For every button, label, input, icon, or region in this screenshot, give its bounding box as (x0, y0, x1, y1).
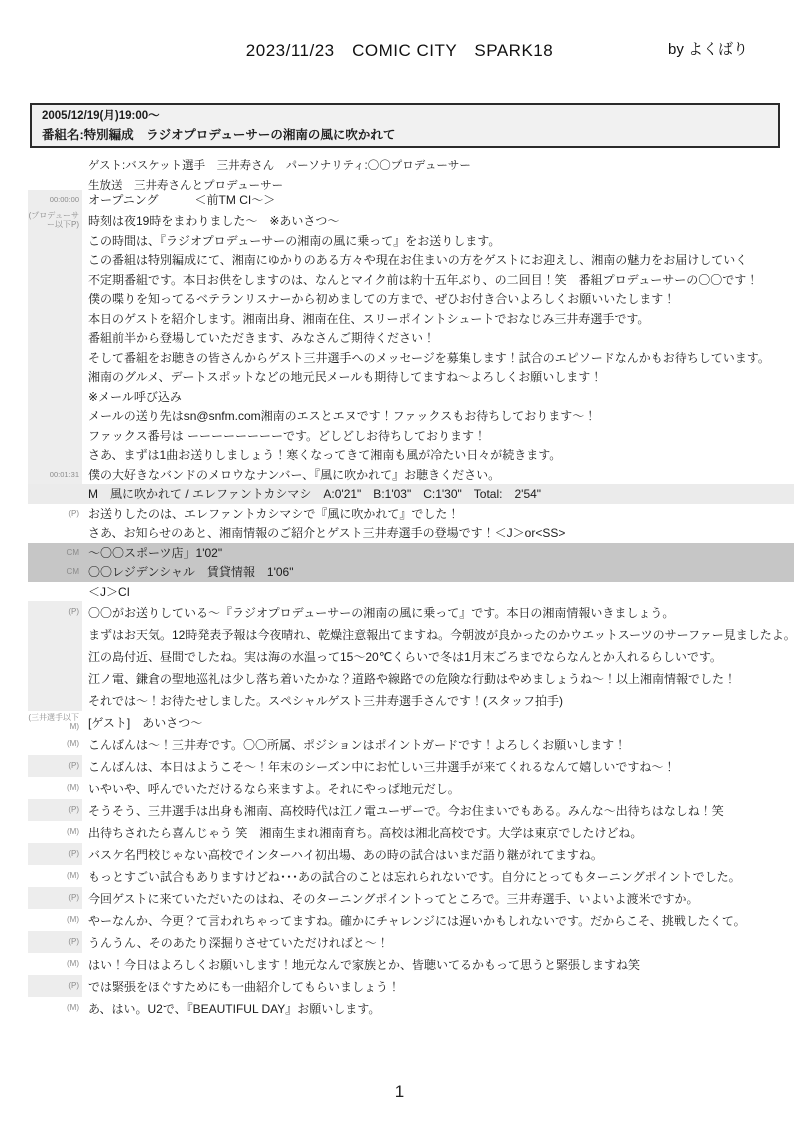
row-text: メールの送り先はsn@snfm.com湘南のエスとエヌです！ファックスもお待ちし… (82, 407, 596, 424)
row-speaker-label (28, 270, 82, 290)
script-row: 僕の喋りを知ってるベテランリスナーから初めましての方まで、ぜひお付き合いよろしく… (28, 289, 794, 309)
row-speaker-label (28, 387, 82, 407)
row-text: 〇〇がお送りしている～『ラジオプロデューサーの湘南の風に乗って』です。本日の湘南… (82, 604, 674, 621)
row-text: 江ノ電、鎌倉の聖地巡礼は少し落ち着いたかな？道路や線路での危険な行動はやめましょ… (82, 670, 736, 687)
script-row: (M)もっとすごい試合もありますけどね･･･あの試合のことは忘れられないです。自… (28, 865, 794, 887)
row-timestamp: 00:01:31 (28, 465, 82, 485)
script-row: (M)いやいや、呼んでいただけるなら来ますよ。それにやっぱ地元だし。 (28, 777, 794, 799)
row-speaker-label (28, 523, 82, 543)
program-name: 番組名:特別編成 ラジオプロデューサーの湘南の風に吹かれて (42, 126, 778, 144)
row-speaker-label: (M) (28, 733, 82, 755)
row-speaker-label: (P) (28, 975, 82, 997)
row-text: オープニング ＜前TM CI～＞ (82, 191, 275, 208)
script-row: 不定期番組です。本日お供をしますのは、なんとマイク前は約十五年ぶり、の二回目！笑… (28, 270, 794, 290)
row-speaker-label (28, 689, 82, 711)
row-text: 不定期番組です。本日お供をしますのは、なんとマイク前は約十五年ぶり、の二回目！笑… (82, 271, 758, 288)
row-speaker-label: (P) (28, 843, 82, 865)
script-rows: 00:00:00オープニング ＜前TM CI～＞(プロデューサー以下P)時刻は夜… (28, 190, 794, 1019)
script-row: (P)バスケ名門校じゃない高校でインターハイ初出場、あの時の試合はいまだ語り継が… (28, 843, 794, 865)
row-speaker-label: (P) (28, 931, 82, 953)
row-text: この時間は、『ラジオプロデューサーの湘南の風に乗って』をお送りします。 (82, 232, 500, 249)
row-text: 湘南のグルメ、デートスポットなどの地元民メールも期待してますね～よろしくお願いし… (82, 368, 602, 385)
row-speaker-label (28, 623, 82, 645)
script-row: (P)そうそう、三井選手は出身も湘南、高校時代は江ノ電ユーザーで。今お住まいでも… (28, 799, 794, 821)
row-text: やーなんか、今更？て言われちゃってますね。確かにチャレンジには遅いかもしれないで… (82, 912, 746, 929)
row-speaker-label: (M) (28, 777, 82, 799)
row-speaker-label (28, 328, 82, 348)
script-row: (M)やーなんか、今更？て言われちゃってますね。確かにチャレンジには遅いかもしれ… (28, 909, 794, 931)
row-speaker-label (28, 406, 82, 426)
script-row: メールの送り先はsn@snfm.com湘南のエスとエヌです！ファックスもお待ちし… (28, 406, 794, 426)
script-row: 00:01:31僕の大好きなバンドのメロウなナンバー、『風に吹かれて』お聴きくだ… (28, 465, 794, 485)
row-text: そして番組をお聴きの皆さんからゲスト三井選手へのメッセージを募集します！試合のエ… (82, 349, 770, 366)
script-row: CM〇〇レジデンシャル 賃貸情報 1'06" (28, 562, 794, 582)
row-text: ～〇〇スポーツ店」1'02" (82, 544, 222, 561)
row-text: もっとすごい試合もありますけどね･･･あの試合のことは忘れられないです。自分にと… (82, 868, 741, 885)
row-speaker-label (28, 426, 82, 446)
row-text: さあ、お知らせのあと、湘南情報のご紹介とゲスト三井寿選手の登場です！＜J＞or<… (82, 524, 565, 541)
script-row: M 風に吹かれて / エレファントカシマシ A:0'21" B:1'03" C:… (28, 484, 794, 504)
row-speaker-label: (三井選手以下M) (28, 711, 82, 733)
row-speaker-label: (P) (28, 504, 82, 524)
script-row: (P)お送りしたのは、エレファントカシマシで『風に吹かれて』でした！ (28, 504, 794, 524)
row-speaker-label (28, 348, 82, 368)
row-text: さあ、まずは1曲お送りしましょう！寒くなってきて湘南も風が冷たい日々が続きます。 (82, 446, 561, 463)
row-text: 江の島付近、昼間でしたね。実は海の水温って15～20℃くらいで冬は1月末ごろまで… (82, 648, 722, 665)
row-speaker-label (28, 445, 82, 465)
row-speaker-label: (M) (28, 865, 82, 887)
row-speaker-label: (P) (28, 887, 82, 909)
row-text: バスケ名門校じゃない高校でインターハイ初出場、あの時の試合はいまだ語り継がれてま… (82, 846, 603, 863)
script-row: さあ、お知らせのあと、湘南情報のご紹介とゲスト三井寿選手の登場です！＜J＞or<… (28, 523, 794, 543)
row-speaker-label: (M) (28, 909, 82, 931)
script-row: (P)今回ゲストに来ていただいたのはね、そのターニングポイントってところで。三井… (28, 887, 794, 909)
script-row: (M)出待ちされたら喜んじゃう 笑 湘南生まれ湘南育ち。高校は湘北高校です。大学… (28, 821, 794, 843)
row-text: お送りしたのは、エレファントカシマシで『風に吹かれて』でした！ (82, 505, 459, 522)
page-number: 1 (0, 1082, 799, 1102)
author-credit: by よくばり (668, 38, 748, 59)
row-text: 出待ちされたら喜んじゃう 笑 湘南生まれ湘南育ち。高校は湘北高校です。大学は東京… (82, 824, 642, 841)
row-text: M 風に吹かれて / エレファントカシマシ A:0'21" B:1'03" C:… (82, 485, 541, 502)
row-speaker-label (28, 367, 82, 387)
row-text: こんばんは～！三井寿です。〇〇所属、ポジションはポイントガードです！よろしくお願… (82, 736, 626, 753)
script-row: 00:00:00オープニング ＜前TM CI～＞ (28, 190, 794, 210)
row-speaker-label: (P) (28, 755, 82, 777)
row-speaker-label (28, 645, 82, 667)
row-text: ファックス番号は ーーーーーーーーです。どしどしお待ちしております！ (82, 427, 486, 444)
row-text: 番組前半から登場していただきます、みなさんご期待ください！ (82, 329, 435, 346)
row-text: まずはお天気。12時発表予報は今夜晴れ、乾燥注意報出てますね。今朝波が良かったの… (82, 626, 796, 643)
script-row: (M)あ、はい。U2で、『BEAUTIFUL DAY』お願いします。 (28, 997, 794, 1019)
row-text: [ゲスト] あいさつ～ (82, 714, 202, 731)
row-speaker-label (28, 484, 82, 504)
script-row: まずはお天気。12時発表予報は今夜晴れ、乾燥注意報出てますね。今朝波が良かったの… (28, 623, 794, 645)
row-text: では緊張をほぐすためにも一曲紹介してもらいましょう！ (82, 978, 400, 995)
row-text: 僕の大好きなバンドのメロウなナンバー、『風に吹かれて』お聴きください。 (82, 466, 500, 483)
script-document-page: { "page": { "event_title": "2023/11/23 C… (0, 0, 799, 1133)
script-row: (P)こんばんは、本日はようこそ～！年末のシーズン中にお忙しい三井選手が来てくれ… (28, 755, 794, 777)
guest-line: ゲスト:バスケット選手 三井寿さん パーソナリティ:〇〇プロデューサー (88, 157, 471, 173)
row-speaker-label (28, 250, 82, 270)
script-row: (P)〇〇がお送りしている～『ラジオプロデューサーの湘南の風に乗って』です。本日… (28, 601, 794, 623)
row-text: この番組は特別編成にて、湘南にゆかりのある方々や現在お住まいの方をゲストにお迎え… (82, 251, 747, 268)
script-row: そして番組をお聴きの皆さんからゲスト三井選手へのメッセージを募集します！試合のエ… (28, 348, 794, 368)
script-row: この番組は特別編成にて、湘南にゆかりのある方々や現在お住まいの方をゲストにお迎え… (28, 250, 794, 270)
row-speaker-label: (M) (28, 821, 82, 843)
script-row: 本日のゲストを紹介します。湘南出身、湘南在住、スリーポイントシュートでおなじみ三… (28, 309, 794, 329)
script-row: ＜J＞CI (28, 582, 794, 602)
row-speaker-label: (P) (28, 601, 82, 623)
row-text: ※メール呼び込み (82, 388, 182, 405)
row-text: うんうん、そのあたり深掘りさせていただければと～！ (82, 934, 389, 951)
row-text: あ、はい。U2で、『BEAUTIFUL DAY』お願いします。 (82, 1000, 380, 1017)
script-row: (P)では緊張をほぐすためにも一曲紹介してもらいましょう！ (28, 975, 794, 997)
row-speaker-label (28, 582, 82, 602)
row-text: そうそう、三井選手は出身も湘南、高校時代は江ノ電ユーザーで。今お住まいでもある。… (82, 802, 724, 819)
row-speaker-label: (プロデューサー以下P) (28, 210, 82, 231)
script-row: (プロデューサー以下P)時刻は夜19時をまわりました～ ※あいさつ～ (28, 210, 794, 231)
row-text: 本日のゲストを紹介します。湘南出身、湘南在住、スリーポイントシュートでおなじみ三… (82, 310, 649, 327)
script-row: ファックス番号は ーーーーーーーーです。どしどしお待ちしております！ (28, 426, 794, 446)
broadcast-datetime: 2005/12/19(月)19:00～ (42, 108, 778, 126)
row-timestamp: 00:00:00 (28, 190, 82, 210)
row-text: 僕の喋りを知ってるベテランリスナーから初めましての方まで、ぜひお付き合いよろしく… (82, 290, 675, 307)
row-speaker-label (28, 309, 82, 329)
row-text: はい！今日はよろしくお願いします！地元なんで家族とか、皆聴いてるかもって思うと緊… (82, 956, 640, 973)
row-speaker-label (28, 289, 82, 309)
row-speaker-label (28, 231, 82, 251)
script-row: 湘南のグルメ、デートスポットなどの地元民メールも期待してますね～よろしくお願いし… (28, 367, 794, 387)
script-row: CM～〇〇スポーツ店」1'02" (28, 543, 794, 563)
row-text: 時刻は夜19時をまわりました～ ※あいさつ～ (82, 212, 339, 229)
row-speaker-label: CM (28, 562, 82, 582)
row-speaker-label (28, 667, 82, 689)
row-speaker-label: CM (28, 543, 82, 563)
script-row: それでは～！お待たせしました。スペシャルゲスト三井寿選手さんです！(スタッフ拍手… (28, 689, 794, 711)
row-speaker-label: (P) (28, 799, 82, 821)
row-text: それでは～！お待たせしました。スペシャルゲスト三井寿選手さんです！(スタッフ拍手… (82, 692, 563, 709)
row-text: ＜J＞CI (82, 583, 130, 600)
script-row: 江の島付近、昼間でしたね。実は海の水温って15～20℃くらいで冬は1月末ごろまで… (28, 645, 794, 667)
script-row: (M)はい！今日はよろしくお願いします！地元なんで家族とか、皆聴いてるかもって思… (28, 953, 794, 975)
row-text: こんばんは、本日はようこそ～！年末のシーズン中にお忙しい三井選手が来てくれるなん… (82, 758, 675, 775)
row-speaker-label: (M) (28, 953, 82, 975)
row-speaker-label: (M) (28, 997, 82, 1019)
script-row: (M)こんばんは～！三井寿です。〇〇所属、ポジションはポイントガードです！よろし… (28, 733, 794, 755)
script-row: (三井選手以下M)[ゲスト] あいさつ～ (28, 711, 794, 733)
script-row: ※メール呼び込み (28, 387, 794, 407)
row-text: いやいや、呼んでいただけるなら来ますよ。それにやっぱ地元だし。 (82, 780, 460, 797)
script-row: 番組前半から登場していただきます、みなさんご期待ください！ (28, 328, 794, 348)
script-row: (P)うんうん、そのあたり深掘りさせていただければと～！ (28, 931, 794, 953)
script-row: この時間は、『ラジオプロデューサーの湘南の風に乗って』をお送りします。 (28, 231, 794, 251)
program-info-box: 2005/12/19(月)19:00～ 番組名:特別編成 ラジオプロデューサーの… (30, 103, 780, 148)
script-row: さあ、まずは1曲お送りしましょう！寒くなってきて湘南も風が冷たい日々が続きます。 (28, 445, 794, 465)
script-row: 江ノ電、鎌倉の聖地巡礼は少し落ち着いたかな？道路や線路での危険な行動はやめましょ… (28, 667, 794, 689)
row-text: 今回ゲストに来ていただいたのはね、そのターニングポイントってところで。三井寿選手… (82, 890, 698, 907)
row-text: 〇〇レジデンシャル 賃貸情報 1'06" (82, 563, 294, 580)
